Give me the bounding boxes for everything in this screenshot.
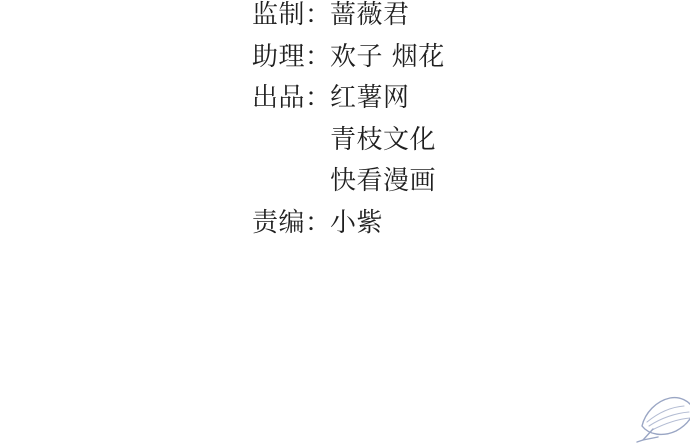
credit-role-label: 出品： (252, 78, 330, 120)
credit-value: 小紫 (330, 203, 383, 245)
credit-line-producer-3: 快看漫画 (252, 161, 445, 203)
credit-role-label: 责编： (252, 203, 330, 245)
credit-value: 蔷薇君 (330, 0, 410, 37)
credit-line-producer: 出品： 红薯网 (252, 78, 445, 120)
credit-line-assistant: 助理： 欢子 烟花 (252, 37, 445, 79)
leaf-stem-tail (637, 440, 643, 442)
credits-block: 监制： 蔷薇君 助理： 欢子 烟花 出品： 红薯网 青枝文化 快看漫画 责编： … (252, 0, 445, 244)
credit-role-label (252, 120, 330, 162)
credits-page: 监制： 蔷薇君 助理： 欢子 烟花 出品： 红薯网 青枝文化 快看漫画 责编： … (0, 0, 690, 445)
credit-role-label: 监制： (252, 0, 330, 37)
credit-line-supervisor: 监制： 蔷薇君 (252, 0, 445, 37)
credit-role-label (252, 161, 330, 203)
credit-line-editor: 责编： 小紫 (252, 203, 445, 245)
credit-value: 快看漫画 (330, 161, 436, 203)
credit-value: 欢子 烟花 (330, 37, 445, 79)
leaf-blade-outline (642, 398, 690, 435)
credit-role-label: 助理： (252, 37, 330, 79)
leaf-vein (652, 418, 690, 430)
credit-value: 红薯网 (330, 78, 410, 120)
credit-value: 青枝文化 (330, 120, 436, 162)
credit-line-producer-2: 青枝文化 (252, 120, 445, 162)
leaf-sketch-icon (625, 385, 690, 445)
